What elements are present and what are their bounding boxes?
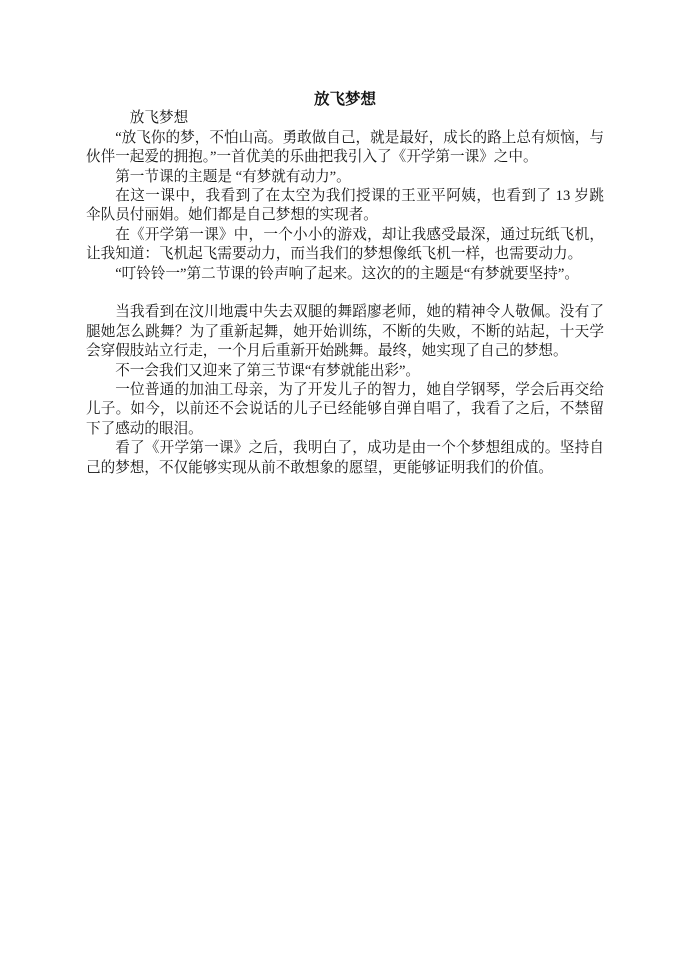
paragraph: 第一节课的主题是 “有梦就有动力”。 [86,168,604,187]
paragraph: 当我看到在汶川地震中失去双腿的舞蹈廖老师，她的精神令人敬佩。没有了腿她怎么跳舞？… [86,303,604,361]
paragraph: 在《开学第一课》中，一个小小的游戏，却让我感受最深，通过玩纸飞机，让我知道：飞机… [86,226,604,265]
document-page: 放飞梦想 放飞梦想 “放飞你的梦，不怕山高。勇敢做自己，就是最好，成长的路上总有… [0,0,690,976]
paragraph: “放飞你的梦，不怕山高。勇敢做自己，就是最好，成长的路上总有烦恼，与伙伴一起爱的… [86,129,604,168]
paragraph: “叮铃铃一”第二节课的铃声响了起来。这次的的主题是“有梦就要坚持”。 [86,265,604,284]
blank-line [86,284,604,303]
paragraph: 看了《开学第一课》之后，我明白了，成功是由一个个梦想组成的。坚持自己的梦想，不仅… [86,439,604,478]
paragraph: 一位普通的加油工母亲，为了开发儿子的智力，她自学钢琴，学会后再交给儿子。如今，以… [86,381,604,439]
paragraph: 不一会我们又迎来了第三节课“有梦就能出彩”。 [86,362,604,381]
document-title: 放飞梦想 [86,90,604,109]
paragraph: 在这一课中，我看到了在太空为我们授课的王亚平阿姨，也看到了 13 岁跳伞队员付丽… [86,187,604,226]
document-subtitle: 放飞梦想 [86,109,604,128]
